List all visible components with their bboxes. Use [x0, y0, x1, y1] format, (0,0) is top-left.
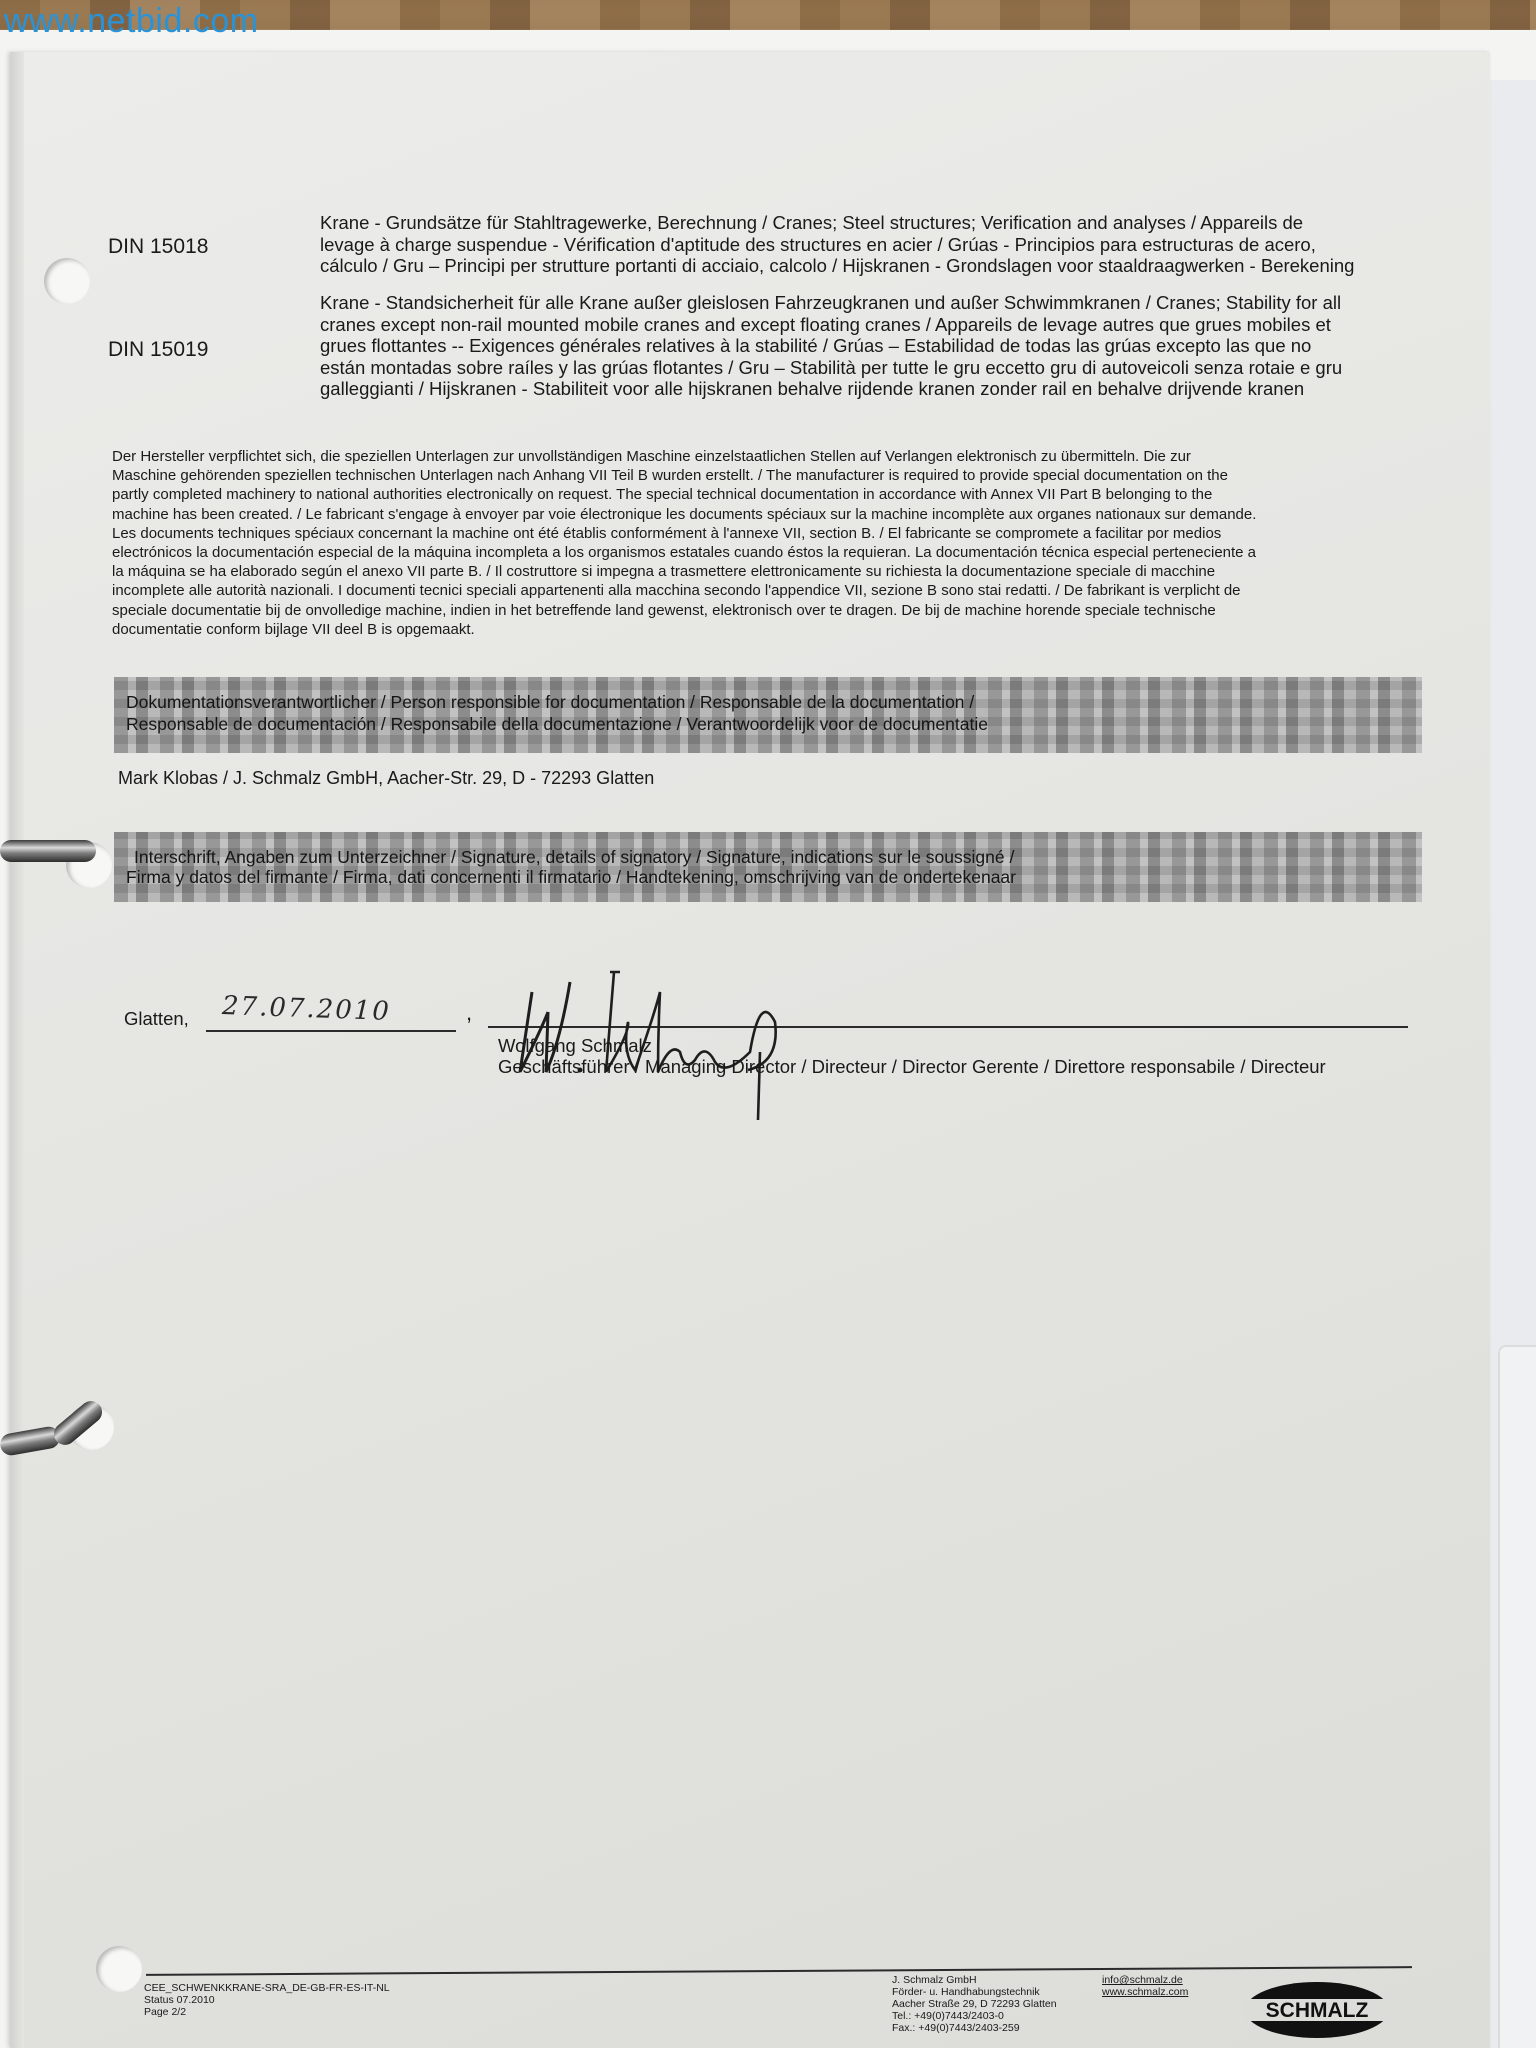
band-line: Responsable de documentación / Responsab…: [126, 713, 988, 735]
documentation-heading-band: Dokumentationsverantwortlicher / Person …: [114, 677, 1422, 753]
footer-company-info: J. Schmalz GmbH Förder- u. Handhabungste…: [892, 1974, 1057, 2034]
binder-divider-tab: [1498, 1345, 1536, 2048]
schmalz-logo: SCHMALZ: [1244, 1980, 1390, 2040]
documentation-person: Mark Klobas / J. Schmalz GmbH, Aacher-St…: [118, 768, 654, 789]
website-link[interactable]: www.schmalz.com: [1102, 1986, 1188, 1998]
standard-description: Krane - Grundsätze für Stahltragewerke, …: [320, 212, 1410, 277]
standard-code: DIN 15018: [108, 235, 208, 259]
text-line: incomplete alle autorità nazionali. I do…: [112, 581, 1432, 600]
text-line: partly completed machinery to national a…: [112, 485, 1432, 504]
text-line: Krane - Grundsätze für Stahltragewerke, …: [320, 212, 1410, 234]
company-name: J. Schmalz GmbH: [892, 1974, 1057, 1986]
company-address: Aacher Straße 29, D 72293 Glatten: [892, 1998, 1057, 2010]
text-line: cranes except non-rail mounted mobile cr…: [320, 314, 1410, 336]
band-line: Dokumentationsverantwortlicher / Person …: [126, 691, 974, 713]
standard-code: DIN 15019: [108, 338, 208, 362]
document-page: DIN 15018 Krane - Grundsätze für Stahltr…: [10, 52, 1490, 2048]
doc-id: CEE_SCHWENKKRANE-SRA_DE-GB-FR-ES-IT-NL: [144, 1982, 390, 1994]
text-line: la máquina se ha elaborado según el anex…: [112, 562, 1432, 581]
punch-hole: [96, 1946, 142, 1992]
doc-page: Page 2/2: [144, 2006, 390, 2018]
footer-contact-links: info@schmalz.de www.schmalz.com: [1102, 1974, 1188, 1998]
standard-description: Krane - Standsicherheit für alle Krane a…: [320, 292, 1410, 400]
text-line: Der Hersteller verpflichtet sich, die sp…: [112, 447, 1432, 466]
text-line: Les documents techniques spéciaux concer…: [112, 524, 1432, 543]
signatory-title: Geschäftsführer / Managing Director / Di…: [498, 1056, 1326, 1078]
separator: ,: [466, 1000, 472, 1026]
watermark: www.netbid.com: [4, 2, 259, 41]
logo-text: SCHMALZ: [1266, 1999, 1369, 2022]
text-line: galleggianti / Hijskranen - Stabiliteit …: [320, 378, 1410, 400]
footer-rule: [146, 1966, 1412, 1976]
text-line: levage à charge suspendue - Vérification…: [320, 234, 1410, 256]
doc-status: Status 07.2010: [144, 1994, 390, 2006]
band-line: Interschrift, Angaben zum Unterzeichner …: [134, 846, 1014, 868]
text-line: machine has been created. / Le fabricant…: [112, 505, 1432, 524]
text-line: Krane - Standsicherheit für alle Krane a…: [320, 292, 1410, 314]
text-line: speciale documentatie bij de onvolledige…: [112, 601, 1432, 620]
signature-heading-band: Interschrift, Angaben zum Unterzeichner …: [114, 832, 1422, 902]
email-link[interactable]: info@schmalz.de: [1102, 1974, 1188, 1986]
punch-hole: [44, 258, 90, 304]
text-line: cálculo / Gru – Principi per strutture p…: [320, 255, 1410, 277]
company-fax: Fax.: +49(0)7443/2403-259: [892, 2022, 1057, 2034]
page-edge: [10, 52, 24, 2048]
binder-ring: [0, 840, 96, 862]
text-line: grues flottantes -- Exigences générales …: [320, 335, 1410, 357]
date-line: [206, 1030, 456, 1032]
obligation-paragraph: Der Hersteller verpflichtet sich, die sp…: [112, 447, 1432, 639]
text-line: documentatie conform bijlage VII deel B …: [112, 620, 1432, 639]
text-line: Maschine gehörenden speziellen technisch…: [112, 466, 1432, 485]
signature-place: Glatten,: [124, 1008, 189, 1030]
handwritten-date: 27.07.2010: [222, 991, 392, 1027]
handwritten-signature: [510, 932, 840, 1122]
text-line: electrónicos la documentación especial d…: [112, 543, 1432, 562]
band-line: Firma y datos del firmante / Firma, dati…: [126, 866, 1016, 888]
company-tel: Tel.: +49(0)7443/2403-0: [892, 2010, 1057, 2022]
text-line: están montadas sobre raíles y las grúas …: [320, 357, 1410, 379]
footer-doc-info: CEE_SCHWENKKRANE-SRA_DE-GB-FR-ES-IT-NL S…: [144, 1982, 390, 2018]
company-division: Förder- u. Handhabungstechnik: [892, 1986, 1057, 1998]
signatory-name: Wolfgang Schmalz: [498, 1035, 652, 1057]
